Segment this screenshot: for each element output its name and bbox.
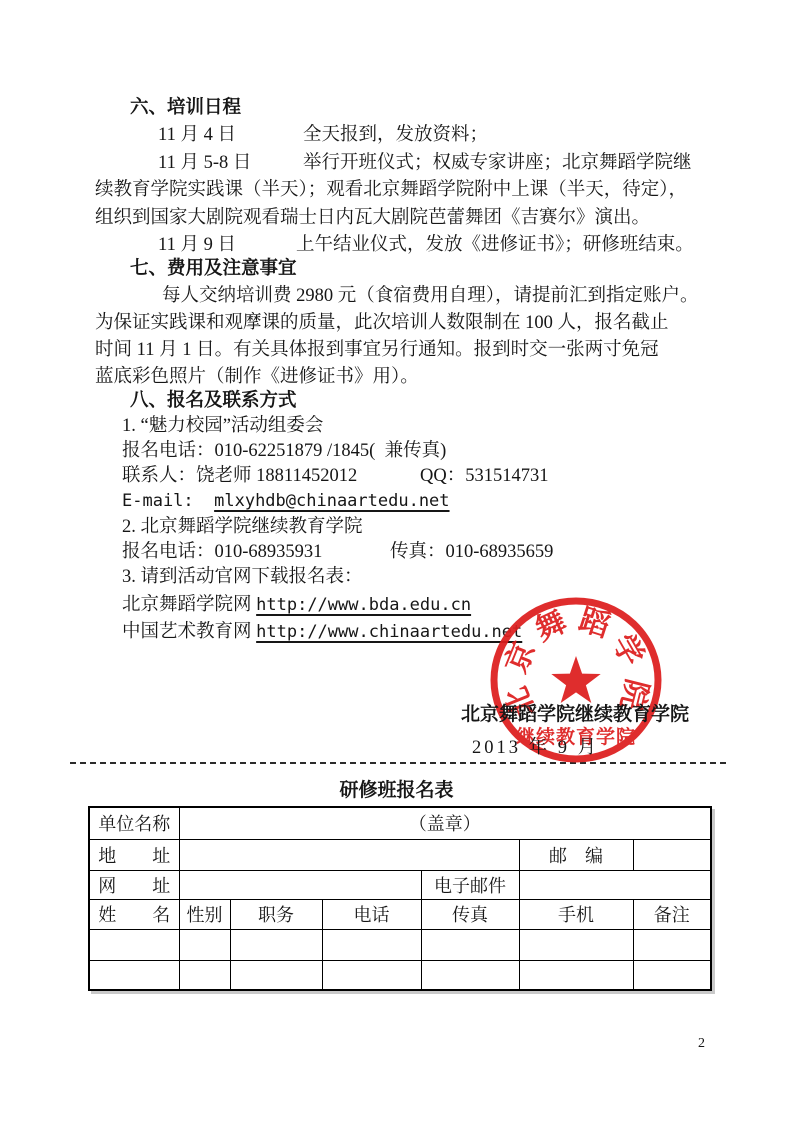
table-header-row: 姓 名 性别 职务 电话 传真 手机 备注: [89, 899, 711, 929]
table-empty-row: [89, 960, 711, 990]
page-number: 2: [698, 1036, 705, 1052]
contact-item-2: 2. 北京舞蹈学院继续教育学院: [122, 513, 363, 541]
table-row-website: 网 址 电子邮件: [89, 870, 711, 899]
address-cell: [179, 839, 519, 870]
col-header-name: 姓 名: [89, 899, 179, 929]
table-row-address: 地 址 邮 编: [89, 839, 711, 870]
schedule-desc-3: 上午结业仪式，发放《进修证书》；研修班结束。: [296, 231, 694, 259]
schedule-desc-2-wrap2: 组织到国家大剧院观看瑞士日内瓦大剧院芭蕾舞团《吉赛尔》演出。: [95, 204, 650, 232]
fees-line-1: 每人交纳培训费 2980 元（食宿费用自理），请提前汇到指定账户。: [162, 282, 699, 310]
unit-name-label: 单位名称: [89, 807, 179, 839]
fees-line-2: 为保证实践课和观摩课的质量，此次培训人数限制在 100 人，报名截止: [95, 309, 669, 337]
col-header-fax: 传真: [421, 899, 519, 929]
section-7-heading: 七、费用及注意事宜: [130, 255, 297, 283]
section-8-heading: 八、报名及联系方式: [130, 387, 297, 415]
website-label: 网 址: [89, 870, 179, 899]
website-line-2: 中国艺术教育网 http://www.chinaartedu.net: [122, 618, 522, 646]
schedule-desc-2: 举行开班仪式；权威专家讲座；北京舞蹈学院继: [303, 149, 692, 177]
form-title: 研修班报名表: [0, 775, 793, 802]
fees-line-3: 时间 11 月 1 日。有关具体报到事宜另行通知。报到时交一张两寸免冠: [95, 336, 659, 364]
contact-person: 联系人：饶老师 18811452012: [122, 462, 357, 490]
form-email-cell: [519, 870, 711, 899]
schedule-desc-1: 全天报到，发放资料；: [303, 121, 488, 149]
schedule-date-2: 11 月 5-8 日: [158, 149, 251, 177]
website-label-1: 北京舞蹈学院网: [122, 595, 256, 615]
empty-cell: [519, 929, 633, 960]
empty-cell: [230, 929, 322, 960]
website-label-2: 中国艺术教育网: [122, 622, 256, 642]
schedule-desc-2-wrap1: 续教育学院实践课（半天）；观看北京舞蹈学院附中上课（半天，待定），: [95, 176, 687, 204]
empty-cell: [89, 929, 179, 960]
email-label: E-mail:: [122, 491, 214, 511]
empty-cell: [633, 960, 711, 990]
empty-cell: [179, 929, 230, 960]
section-6-heading: 六、培训日程: [130, 94, 241, 122]
contact-item-1: 1. “魅力校园”活动组委会: [122, 412, 323, 440]
signature-organization: 北京舞蹈学院继续教育学院: [461, 699, 689, 726]
website-link-1[interactable]: http://www.bda.edu.cn: [256, 595, 471, 615]
empty-cell: [179, 960, 230, 990]
unit-name-cell: （盖章）: [179, 807, 711, 839]
empty-cell: [421, 929, 519, 960]
empty-cell: [421, 960, 519, 990]
col-header-mobile: 手机: [519, 899, 633, 929]
empty-cell: [322, 960, 421, 990]
col-header-title: 职务: [230, 899, 322, 929]
signature-date: 2013 年 9 月: [472, 733, 599, 759]
postal-label: 邮 编: [519, 839, 633, 870]
empty-cell: [519, 960, 633, 990]
website-cell: [179, 870, 421, 899]
seal-note: （盖章）: [409, 814, 481, 834]
contact-phone-1: 报名电话：010-62251879 /1845( 兼传真): [122, 437, 446, 465]
empty-cell: [230, 960, 322, 990]
registration-form-table: 单位名称 （盖章） 地 址 邮 编 网 址 电子邮件 姓 名 性别 职务 电话 …: [88, 806, 712, 991]
contact-fax: 传真：010-68935659: [390, 538, 553, 566]
table-empty-row: [89, 929, 711, 960]
contact-qq: QQ：531514731: [420, 462, 548, 490]
document-page: 六、培训日程 11 月 4 日 全天报到，发放资料； 11 月 5-8 日 举行…: [0, 0, 793, 1123]
contact-item-3: 3. 请到活动官网下载报名表：: [122, 563, 363, 591]
empty-cell: [322, 929, 421, 960]
form-email-label: 电子邮件: [421, 870, 519, 899]
postal-cell: [633, 839, 711, 870]
seal-star-icon: [551, 656, 600, 703]
email-link[interactable]: mlxyhdb@chinaartedu.net: [214, 491, 449, 511]
col-header-remark: 备注: [633, 899, 711, 929]
address-label: 地 址: [89, 839, 179, 870]
col-header-phone: 电话: [322, 899, 421, 929]
website-line-1: 北京舞蹈学院网 http://www.bda.edu.cn: [122, 591, 471, 619]
empty-cell: [89, 960, 179, 990]
empty-cell: [633, 929, 711, 960]
contact-phone-2: 报名电话：010-68935931: [122, 538, 322, 566]
col-header-gender: 性别: [179, 899, 230, 929]
schedule-date-1: 11 月 4 日: [158, 121, 236, 149]
email-line: E-mail: mlxyhdb@chinaartedu.net: [122, 487, 450, 515]
table-row-unit: 单位名称 （盖章）: [89, 807, 711, 839]
